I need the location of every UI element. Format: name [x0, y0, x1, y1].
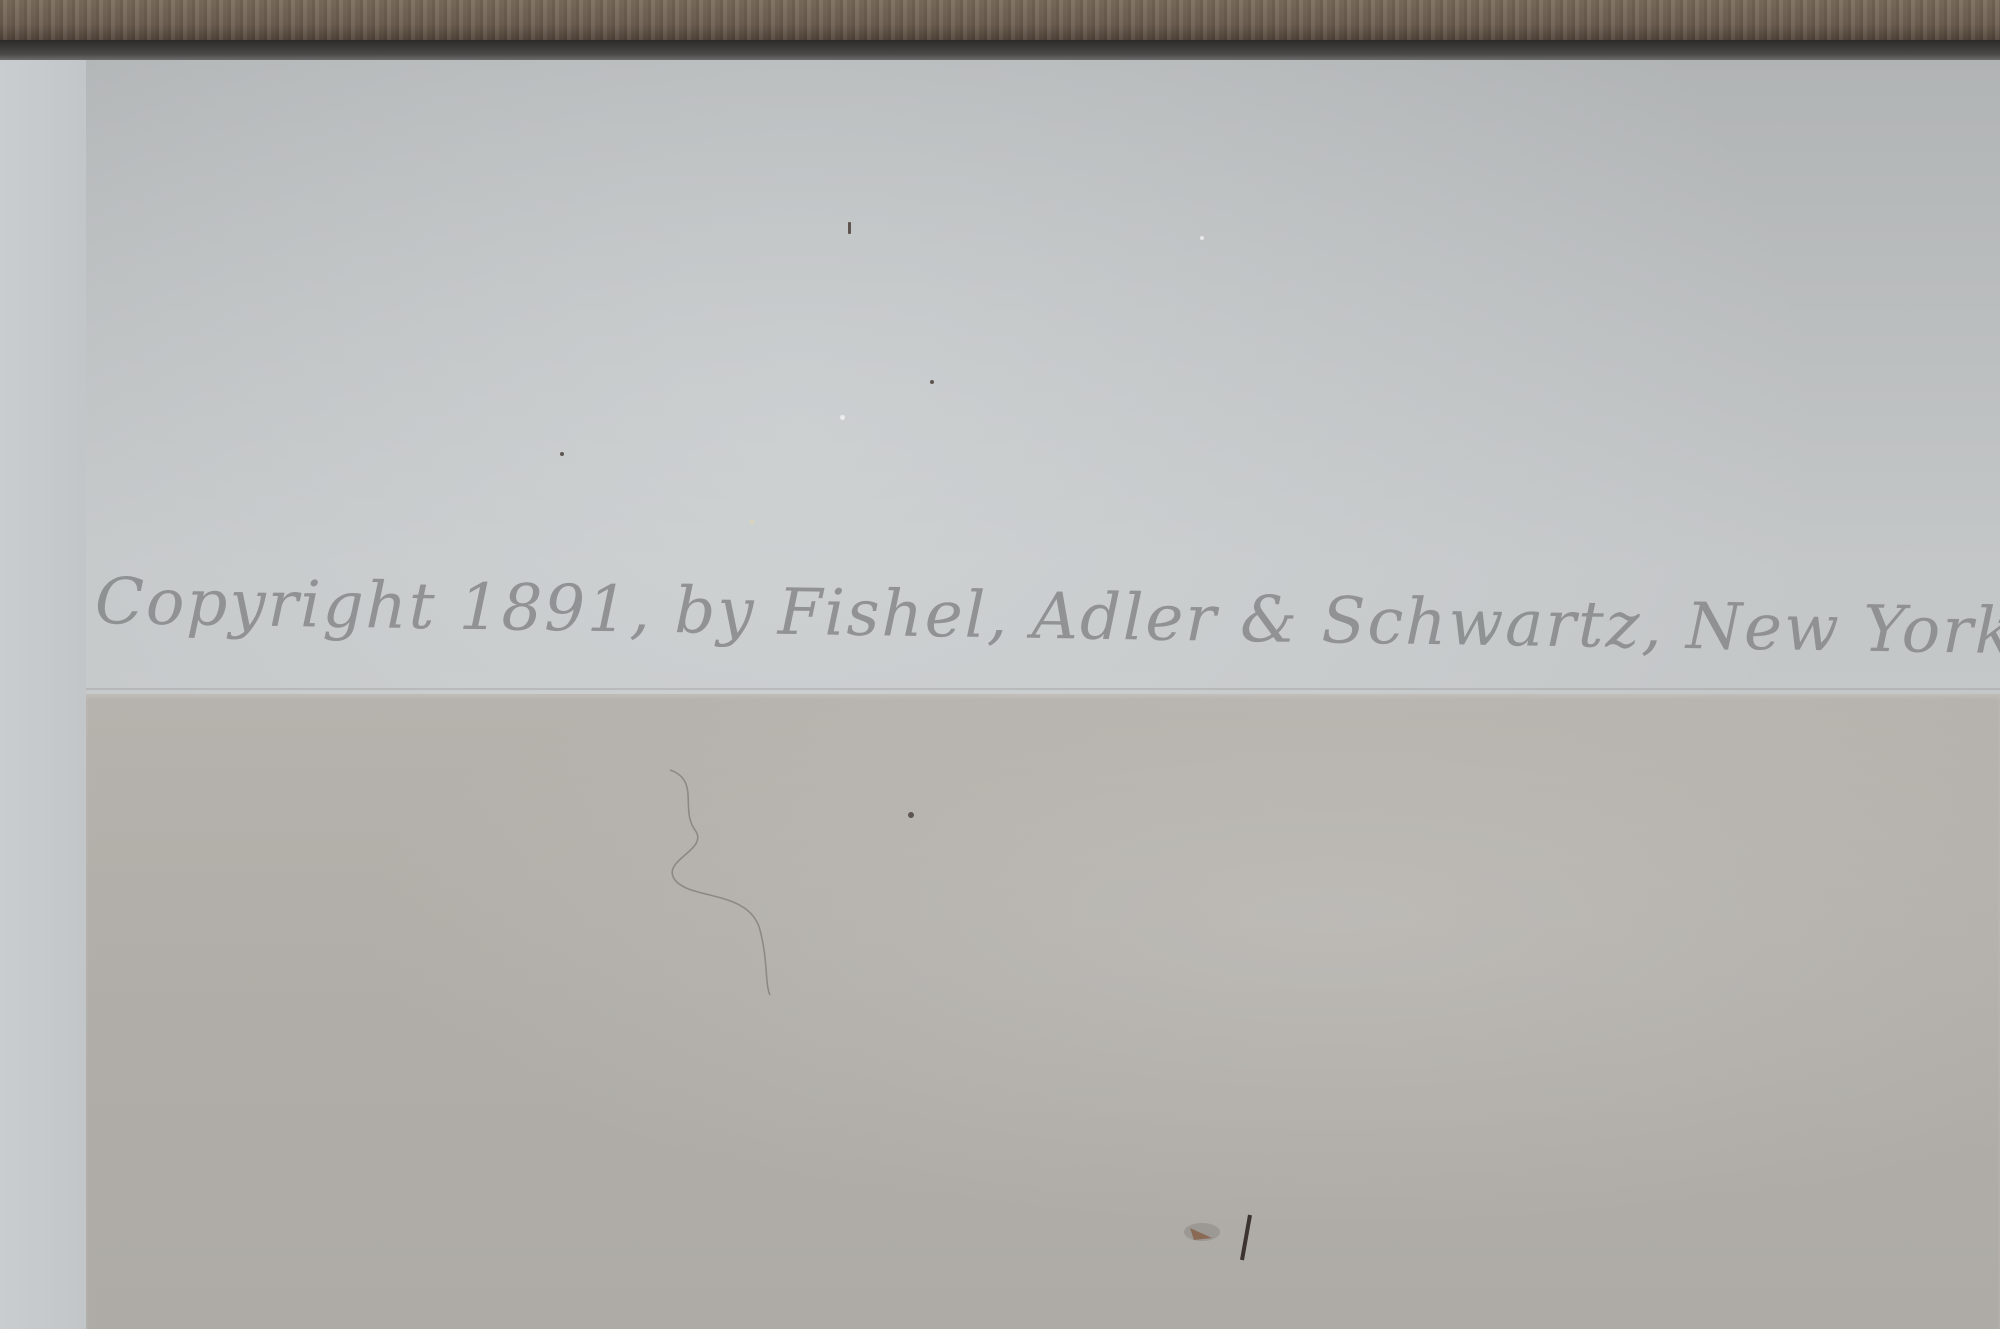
picture-frame-wood	[0, 0, 2000, 44]
plate-mark-line	[86, 688, 2000, 690]
dust-speck	[750, 520, 754, 524]
dust-speck	[908, 812, 914, 818]
stray-hair	[650, 760, 790, 1000]
mat-left-margin	[0, 60, 86, 1329]
dust-speck	[930, 380, 934, 384]
dust-speck	[560, 452, 564, 456]
dust-speck	[1200, 236, 1204, 240]
debris-fragment	[1180, 1210, 1300, 1270]
dust-speck	[848, 222, 851, 234]
dust-speck	[840, 415, 845, 420]
print-image-area	[86, 694, 2000, 1329]
